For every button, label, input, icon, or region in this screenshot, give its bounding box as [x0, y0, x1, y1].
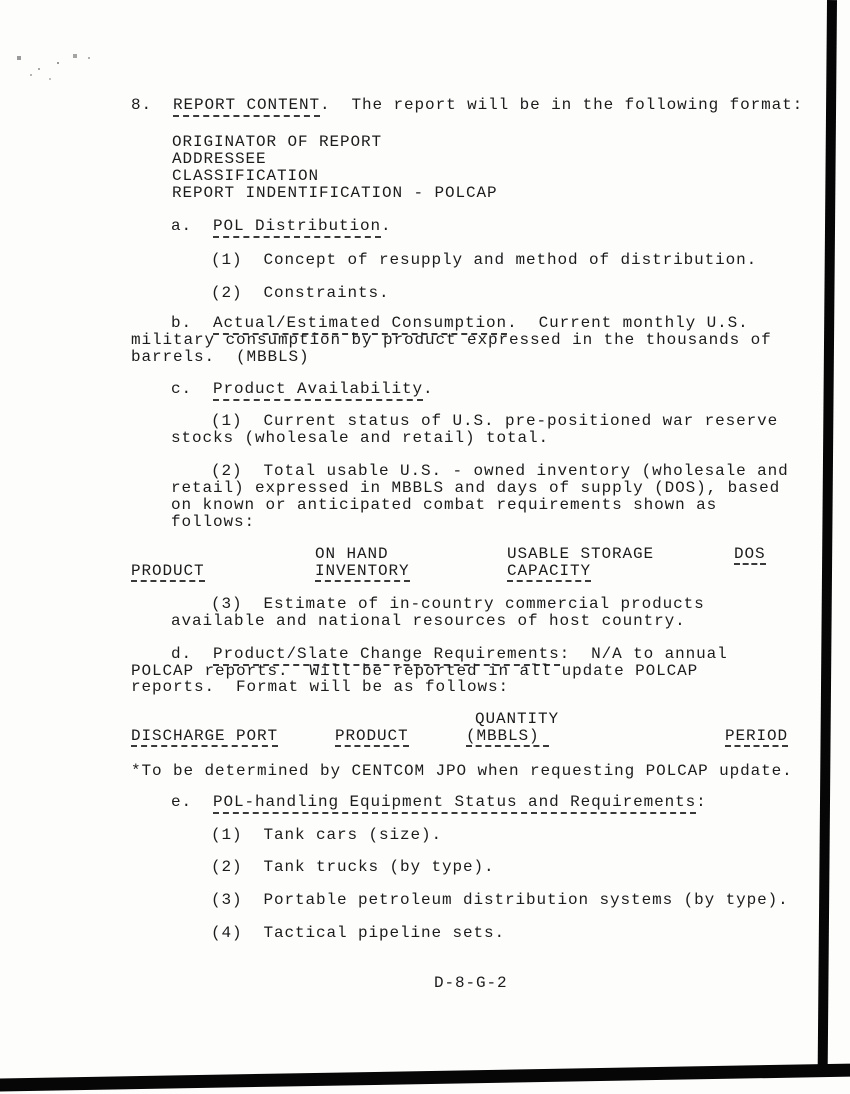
subsection-b-label: b. [171, 314, 213, 332]
item-c1-line1: (1) Current status of U.S. pre-positione… [211, 413, 778, 429]
item-e4: (4) Tactical pipeline sets. [211, 925, 505, 941]
table1-header-onhand-line2: INVENTORY [315, 563, 410, 582]
table2-header-product: PRODUCT [335, 728, 409, 747]
subsection-b-line2: military consumption by product expresse… [131, 332, 772, 348]
subsection-d-label: d. [171, 645, 213, 663]
item-c3-line2: available and national resources of host… [171, 613, 686, 629]
report-field-originator: ORIGINATOR OF REPORT [172, 134, 382, 150]
subsection-a-title: POL Distribution [213, 217, 381, 238]
section-8-heading: 8. REPORT CONTENT. The report will be in… [131, 97, 803, 113]
item-a1: (1) Concept of resupply and method of di… [211, 252, 757, 268]
report-field-identification: REPORT INDENTIFICATION - POLCAP [172, 185, 498, 201]
subsection-a-rest: . [381, 217, 392, 235]
item-c2-line3: on known or anticipated combat requireme… [171, 497, 717, 513]
item-c2-line1: (2) Total usable U.S. - owned inventory … [211, 463, 789, 479]
table1-header-storage-line2: CAPACITY [507, 563, 591, 582]
section-8-number: 8. [131, 96, 173, 114]
table1-header-dos: DOS [734, 546, 766, 565]
scanned-page: 8. REPORT CONTENT. The report will be in… [0, 0, 850, 1094]
subsection-d-line2: POLCAP reports. Will be reported in all … [131, 663, 698, 679]
report-field-addressee: ADDRESSEE [172, 151, 267, 167]
subsection-d-heading: d. Product/Slate Change Requirements: N/… [171, 646, 728, 662]
page-number: D-8-G-2 [434, 975, 508, 991]
subsection-c-label: c. [171, 380, 213, 398]
item-c2-line4: follows: [171, 514, 255, 530]
item-c3-line1: (3) Estimate of in-country commercial pr… [211, 596, 705, 612]
table2-header-period: PERIOD [725, 728, 788, 747]
table1-header-onhand-line1: ON HAND [315, 546, 389, 562]
table1-header-product: PRODUCT [131, 563, 205, 582]
scan-border-bottom [0, 1063, 850, 1091]
item-c1-line2: stocks (wholesale and retail) total. [171, 430, 549, 446]
section-8-title: REPORT CONTENT [173, 96, 320, 117]
subsection-b-heading: b. Actual/Estimated Consumption. Current… [171, 315, 749, 331]
subsection-a-label: a. [171, 217, 213, 235]
subsection-c-heading: c. Product Availability. [171, 381, 434, 397]
subsection-c-title: Product Availability [213, 380, 423, 401]
table2-header-mbbls: (MBBLS) [466, 728, 549, 747]
subsection-a-heading: a. POL Distribution. [171, 218, 392, 234]
subsection-c-rest: . [423, 380, 434, 398]
item-e1: (1) Tank cars (size). [211, 827, 442, 843]
item-c2-line2: retail) expressed in MBBLS and days of s… [171, 480, 780, 496]
subsection-d-line3: reports. Format will be as follows: [131, 679, 509, 695]
scan-border-right [818, 0, 837, 1076]
subsection-e-heading: e. POL-handling Equipment Status and Req… [171, 794, 707, 810]
subsection-e-label: e. [171, 793, 213, 811]
section-8-rest: . The report will be in the following fo… [320, 96, 803, 114]
subsection-e-rest: : [696, 793, 707, 811]
table2-header-discharge-port: DISCHARGE PORT [131, 728, 278, 747]
subsection-b-line3: barrels. (MBBLS) [131, 349, 310, 365]
table2-header-quantity: QUANTITY [475, 711, 559, 727]
subsection-b-rest: . Current monthly U.S. [507, 314, 749, 332]
item-a2: (2) Constraints. [211, 285, 390, 301]
scan-speckles [0, 0, 2, 2]
item-e3: (3) Portable petroleum distribution syst… [211, 892, 789, 908]
item-e2: (2) Tank trucks (by type). [211, 859, 495, 875]
report-field-classification: CLASSIFICATION [172, 168, 319, 184]
subsection-e-title: POL-handling Equipment Status and Requir… [213, 793, 696, 814]
subsection-d-rest: : N/A to annual [560, 645, 728, 663]
footnote-star: *To be determined by CENTCOM JPO when re… [131, 763, 793, 779]
table1-header-storage-line1: USABLE STORAGE [507, 546, 654, 562]
